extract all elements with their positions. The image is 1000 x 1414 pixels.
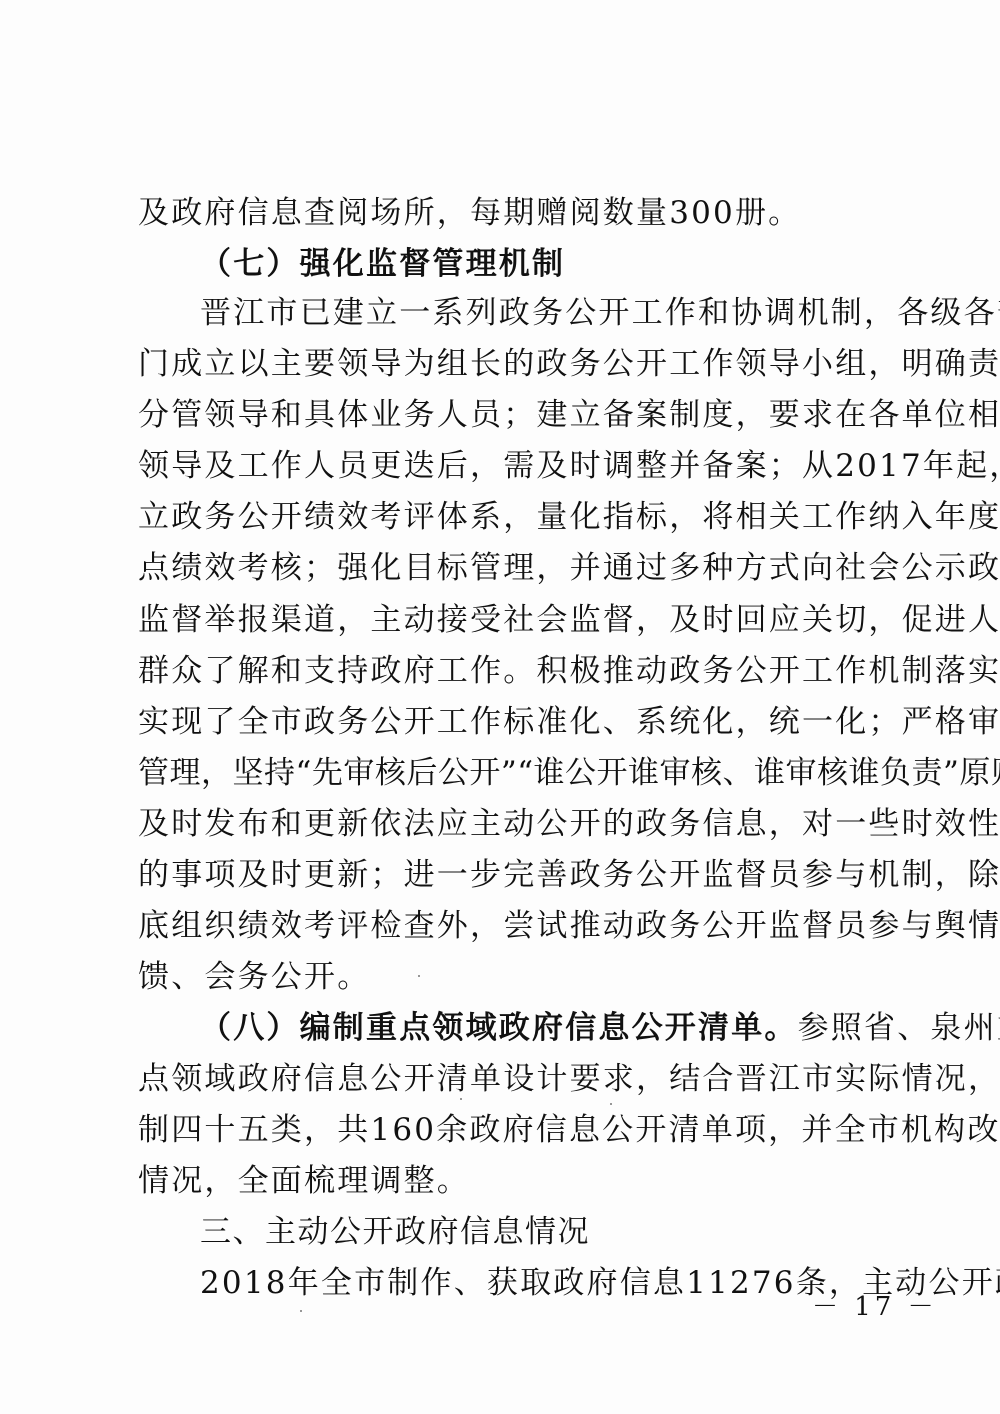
page-number: － 17 － [812, 1292, 938, 1322]
document-page: 及政府信息查阅场所，每期赠阅数量300册。 （七）强化监督管理机制 晋江市已建立… [0, 0, 1000, 1414]
scan-speck [610, 1103, 612, 1105]
paragraph-line: 2018年全市制作、获取政府信息11276条，主动公开政府 [200, 1263, 880, 1303]
paragraph-line: 分管领导和具体业务人员；建立备案制度，要求在各单位相关 [138, 395, 880, 435]
paragraph-line: 点领域政府信息公开清单设计要求，结合晋江市实际情况，编 [138, 1059, 880, 1099]
paragraph-line: 群众了解和支持政府工作。积极推动政务公开工作机制落实， [138, 651, 880, 691]
scan-speck [459, 248, 461, 250]
paragraph-line: 晋江市已建立一系列政务公开工作和协调机制，各级各部 [200, 293, 880, 333]
paragraph-line: 领导及工作人员更迭后，需及时调整并备案；从2017年起，建 [138, 446, 880, 486]
paragraph-line: 立政务公开绩效考评体系，量化指标，将相关工作纳入年度重 [138, 497, 880, 537]
paragraph-line: 点绩效考核；强化目标管理，并通过多种方式向社会公示政府 [138, 548, 880, 588]
scan-speck [418, 975, 420, 977]
paragraph-line: 情况，全面梳理调整。 [138, 1161, 880, 1201]
scan-speck [460, 1098, 462, 1100]
paragraph-line: 管理，坚持“先审核后公开”“谁公开谁审核、谁审核谁负责”原则， [138, 753, 880, 793]
paragraph-text: 参照省、泉州重 [798, 1010, 1000, 1046]
section-heading: （七）强化监督管理机制 [200, 244, 880, 284]
paragraph-line: 的事项及时更新；进一步完善政务公开监督员参与机制，除年 [138, 855, 880, 895]
paragraph-line: 及政府信息查阅场所，每期赠阅数量300册。 [138, 193, 880, 233]
paragraph-line: 门成立以主要领导为组长的政务公开工作领导小组，明确责任 [138, 344, 880, 384]
chapter-heading: 三、主动公开政府信息情况 [200, 1212, 880, 1252]
paragraph-line: 馈、会务公开。 [138, 957, 880, 997]
paragraph-line: 实现了全市政务公开工作标准化、系统化，统一化；严格审查 [138, 702, 880, 742]
paragraph-line: 底组织绩效考评检查外，尝试推动政务公开监督员参与舆情反 [138, 906, 880, 946]
paragraph-line: 监督举报渠道，主动接受社会监督，及时回应关切，促进人民 [138, 600, 880, 640]
section-heading: （八）编制重点领域政府信息公开清单。 [200, 1010, 798, 1046]
scan-speck [300, 1310, 302, 1312]
section-heading-line: （八）编制重点领域政府信息公开清单。参照省、泉州重 [200, 1008, 880, 1048]
paragraph-line: 制四十五类，共160余政府信息公开清单项，并全市机构改革 [138, 1110, 880, 1150]
paragraph-line: 及时发布和更新依法应主动公开的政务信息，对一些时效性强 [138, 804, 880, 844]
